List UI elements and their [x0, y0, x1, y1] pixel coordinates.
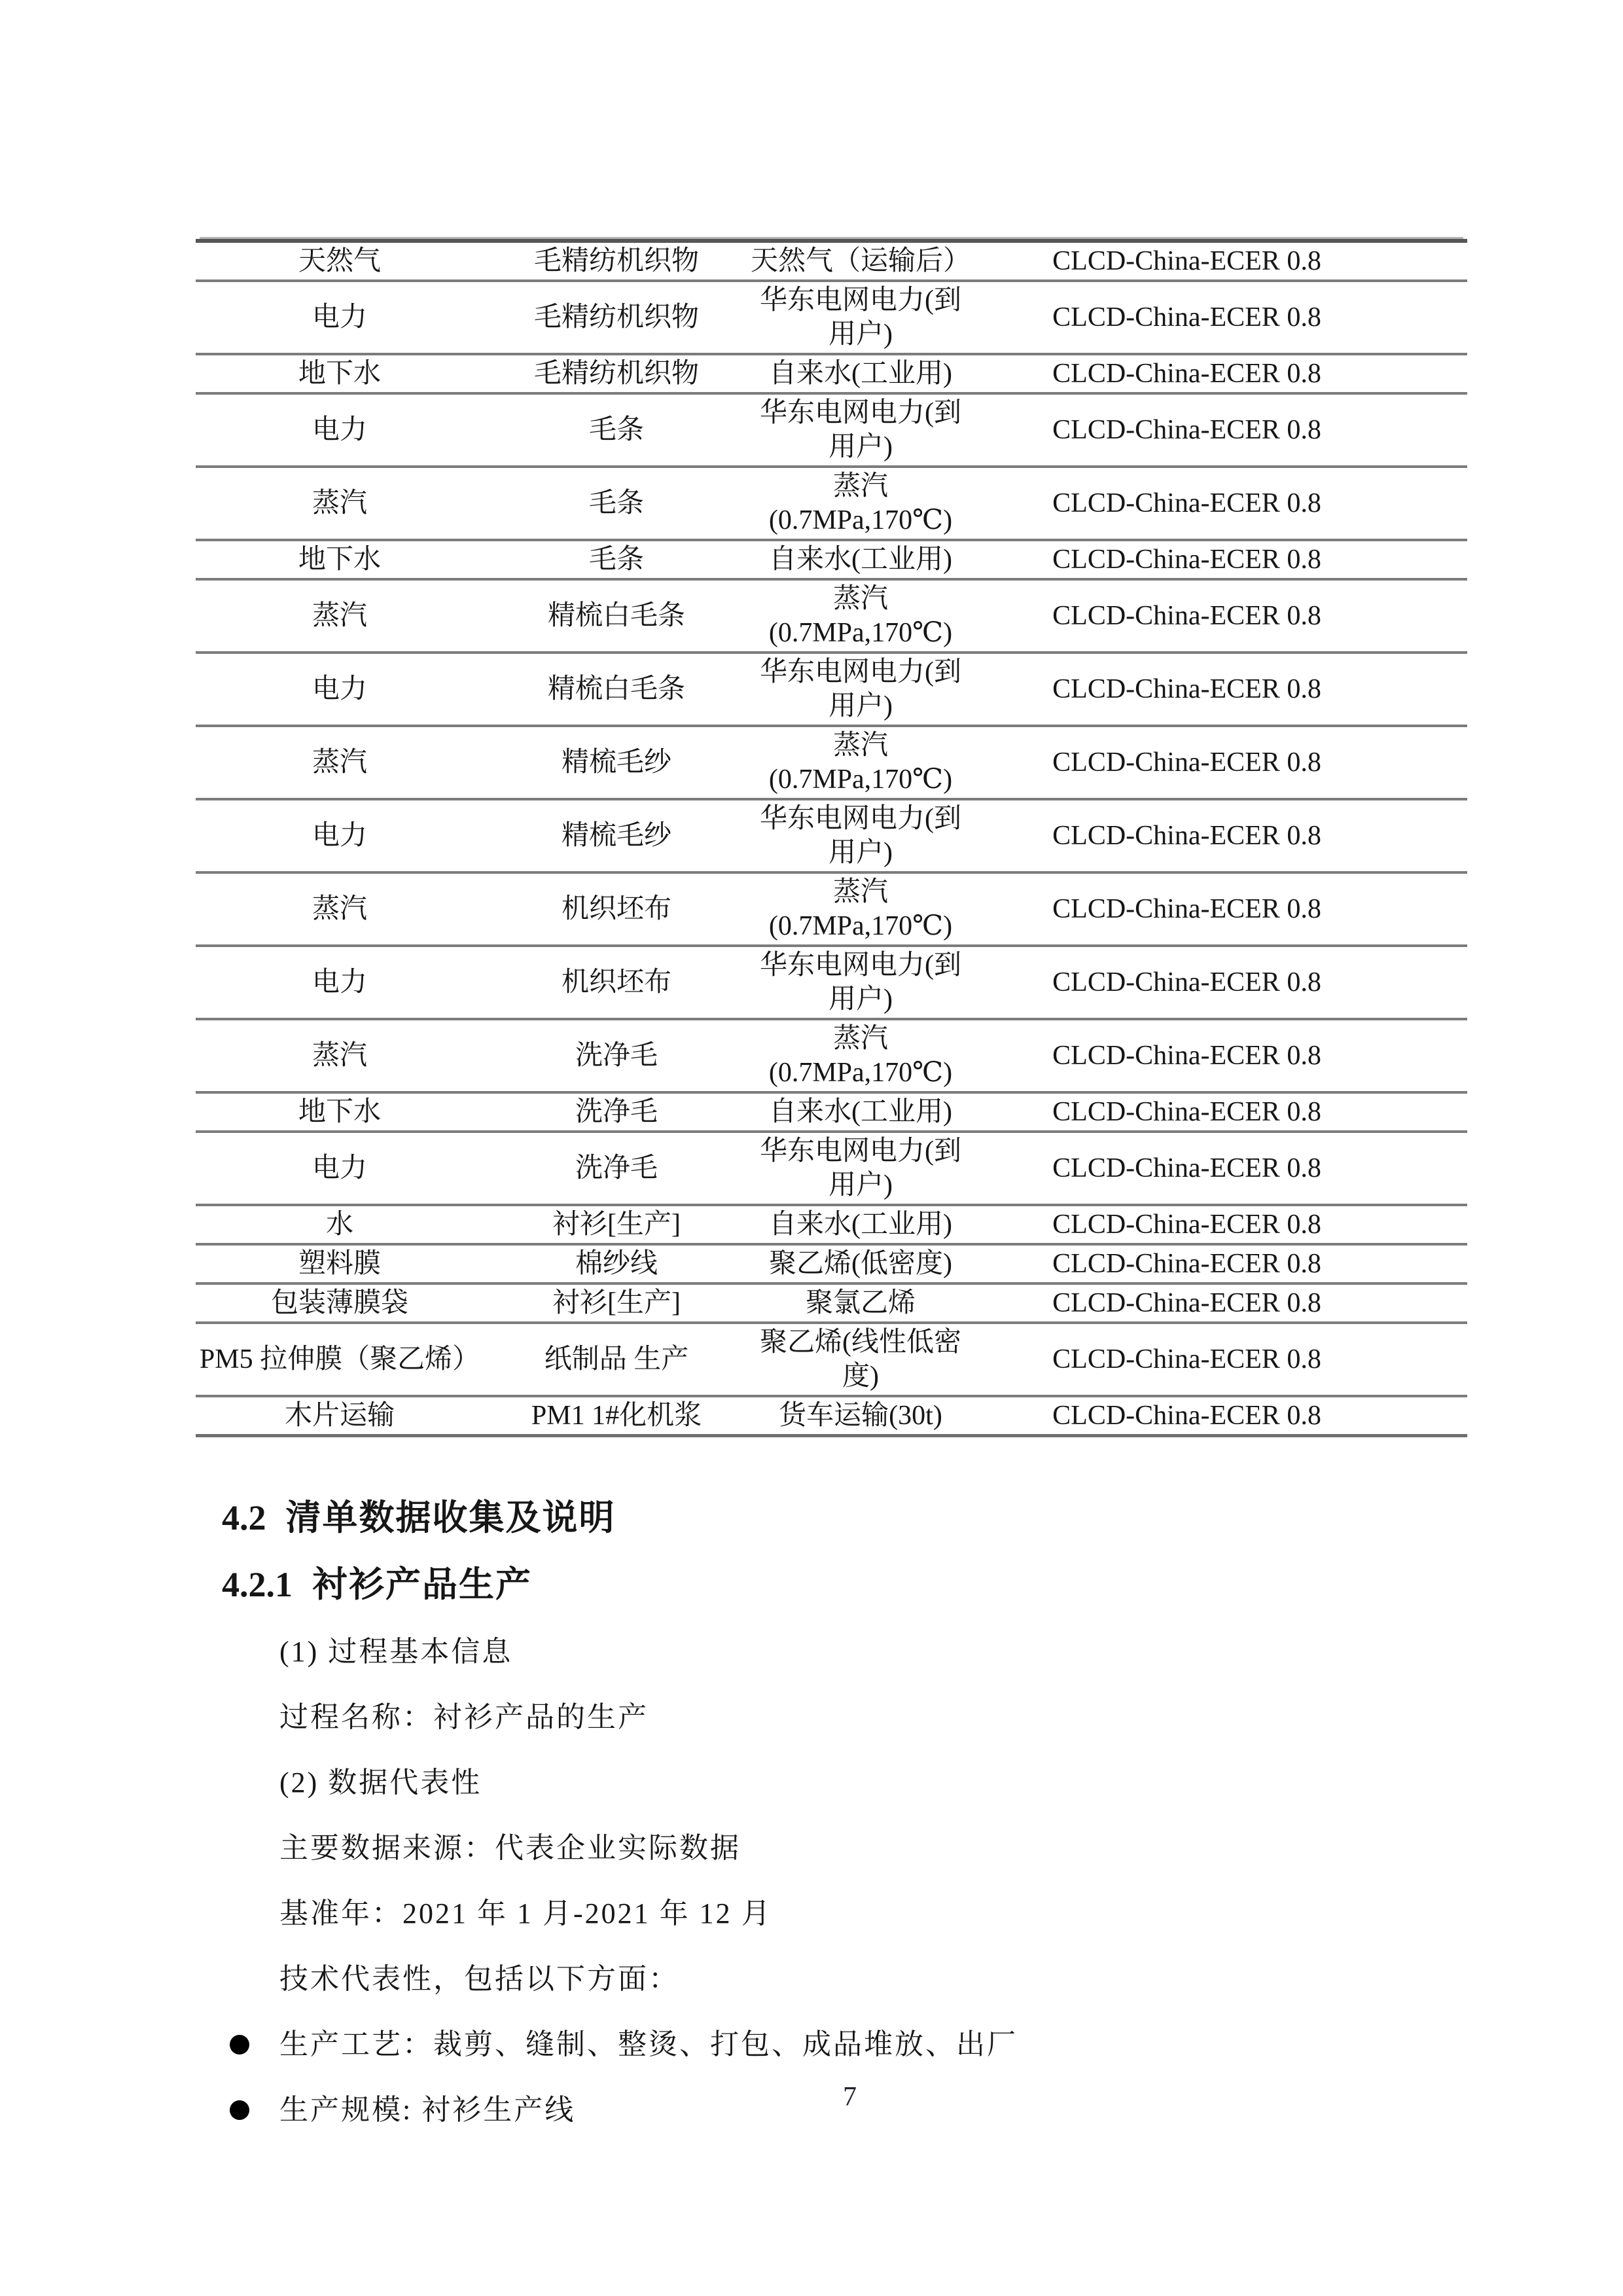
subsection-title: 衬衫产品生产	[312, 1565, 532, 1604]
table-cell: 电力	[196, 1132, 484, 1205]
table-row: 天然气毛精纺机织物天然气（运输后）CLCD-China-ECER 0.8	[196, 241, 1467, 281]
table-cell: 毛精纺机织物	[484, 241, 749, 281]
table-cell: CLCD-China-ECER 0.8	[972, 872, 1467, 946]
table-cell: CLCD-China-ECER 0.8	[972, 540, 1467, 579]
subsection-number: 4.2.1	[222, 1565, 293, 1604]
table-row: 水衬衫[生产]自来水(工业用)CLCD-China-ECER 0.8	[196, 1205, 1467, 1244]
table-cell: CLCD-China-ECER 0.8	[972, 1019, 1467, 1092]
table-cell: 塑料膜	[196, 1244, 484, 1283]
table-cell: 天然气	[196, 241, 484, 281]
table-row: 木片运输PM1 1#化机浆货车运输(30t)CLCD-China-ECER 0.…	[196, 1396, 1467, 1436]
table-cell: PM1 1#化机浆	[484, 1396, 749, 1436]
table-cell: 天然气（运输后）	[749, 241, 972, 281]
paragraph-base-year: 基准年：2021 年 1 月-2021 年 12 月	[279, 1895, 1467, 1932]
table-row: 蒸汽精梳白毛条蒸汽 (0.7MPa,170℃)CLCD-China-ECER 0…	[196, 579, 1467, 653]
table-cell: CLCD-China-ECER 0.8	[972, 1283, 1467, 1323]
table-cell: 地下水	[196, 1092, 484, 1132]
table-cell: 洗净毛	[484, 1092, 749, 1132]
table-cell: 木片运输	[196, 1396, 484, 1436]
table-row: 地下水毛精纺机织物自来水(工业用)CLCD-China-ECER 0.8	[196, 354, 1467, 393]
table-cell: 洗净毛	[484, 1019, 749, 1092]
table-cell: CLCD-China-ECER 0.8	[972, 1244, 1467, 1283]
table-cell: CLCD-China-ECER 0.8	[972, 354, 1467, 393]
table-cell: 洗净毛	[484, 1132, 749, 1205]
table-cell: 华东电网电力(到 用户)	[749, 393, 972, 467]
table-row: 地下水毛条自来水(工业用)CLCD-China-ECER 0.8	[196, 540, 1467, 579]
table-row: 蒸汽机织坯布蒸汽 (0.7MPa,170℃)CLCD-China-ECER 0.…	[196, 872, 1467, 946]
table-cell: 精梳毛纱	[484, 726, 749, 799]
table-cell: CLCD-China-ECER 0.8	[972, 1132, 1467, 1205]
table-cell: 蒸汽 (0.7MPa,170℃)	[749, 1019, 972, 1092]
table-cell: PM5 拉伸膜（聚乙烯）	[196, 1323, 484, 1396]
table-cell: 自来水(工业用)	[749, 1092, 972, 1132]
table-cell: 蒸汽	[196, 872, 484, 946]
table-cell: 蒸汽	[196, 467, 484, 540]
table-cell: 精梳白毛条	[484, 653, 749, 726]
table-cell: CLCD-China-ECER 0.8	[972, 1092, 1467, 1132]
table-cell: 自来水(工业用)	[749, 540, 972, 579]
table-cell: 机织坯布	[484, 946, 749, 1019]
table-row: 蒸汽毛条蒸汽 (0.7MPa,170℃)CLCD-China-ECER 0.8	[196, 467, 1467, 540]
table-cell: 水	[196, 1205, 484, 1244]
bullet-icon	[230, 2100, 249, 2120]
subsection-heading: 4.2.1衬衫产品生产	[222, 1562, 1467, 1607]
table-cell: 电力	[196, 946, 484, 1019]
table-row: 电力精梳白毛条华东电网电力(到 用户)CLCD-China-ECER 0.8	[196, 653, 1467, 726]
table-cell: 包装薄膜袋	[196, 1283, 484, 1323]
table-cell: CLCD-China-ECER 0.8	[972, 467, 1467, 540]
section-title: 清单数据收集及说明	[286, 1498, 616, 1537]
paragraph-process-name: 过程名称：衬衫产品的生产	[279, 1699, 1467, 1736]
table-cell: CLCD-China-ECER 0.8	[972, 799, 1467, 872]
table-cell: 华东电网电力(到 用户)	[749, 1132, 972, 1205]
table-cell: 毛精纺机织物	[484, 281, 749, 354]
table-cell: CLCD-China-ECER 0.8	[972, 653, 1467, 726]
table-cell: 聚乙烯(线性低密 度)	[749, 1323, 972, 1396]
table-cell: 蒸汽 (0.7MPa,170℃)	[749, 579, 972, 653]
table-cell: 电力	[196, 653, 484, 726]
table-cell: 蒸汽 (0.7MPa,170℃)	[749, 726, 972, 799]
table-cell: 衬衫[生产]	[484, 1205, 749, 1244]
table-cell: 毛条	[484, 393, 749, 467]
table-cell: CLCD-China-ECER 0.8	[972, 281, 1467, 354]
table-cell: 电力	[196, 393, 484, 467]
paragraph-data-representativeness-label: (2) 数据代表性	[279, 1765, 1467, 1801]
table-cell: 精梳毛纱	[484, 799, 749, 872]
table-cell: 毛条	[484, 540, 749, 579]
table-cell: 自来水(工业用)	[749, 354, 972, 393]
table-cell: 华东电网电力(到 用户)	[749, 281, 972, 354]
table-cell: 电力	[196, 799, 484, 872]
table-cell: CLCD-China-ECER 0.8	[972, 241, 1467, 281]
paragraph-data-source: 主要数据来源：代表企业实际数据	[279, 1830, 1467, 1867]
table-row: 电力精梳毛纱华东电网电力(到 用户)CLCD-China-ECER 0.8	[196, 799, 1467, 872]
table-cell: 蒸汽 (0.7MPa,170℃)	[749, 872, 972, 946]
table-cell: 电力	[196, 281, 484, 354]
table-cell: CLCD-China-ECER 0.8	[972, 579, 1467, 653]
table-cell: 地下水	[196, 354, 484, 393]
bullet-item-production-process: 生产工艺：裁剪、缝制、整烫、打包、成品堆放、出厂	[230, 2026, 1467, 2063]
table-row: 地下水洗净毛自来水(工业用)CLCD-China-ECER 0.8	[196, 1092, 1467, 1132]
table-row: 电力洗净毛华东电网电力(到 用户)CLCD-China-ECER 0.8	[196, 1132, 1467, 1205]
table-cell: 货车运输(30t)	[749, 1396, 972, 1436]
table-cell: 机织坯布	[484, 872, 749, 946]
table-row: 包装薄膜袋衬衫[生产]聚氯乙烯CLCD-China-ECER 0.8	[196, 1283, 1467, 1323]
table-cell: 毛精纺机织物	[484, 354, 749, 393]
table-cell: 衬衫[生产]	[484, 1283, 749, 1323]
paragraph-tech-representativeness: 技术代表性，包括以下方面：	[279, 1961, 1467, 1998]
table-cell: 精梳白毛条	[484, 579, 749, 653]
bullet-text: 生产工艺：裁剪、缝制、整烫、打包、成品堆放、出厂	[279, 2028, 1018, 2060]
table-cell: 蒸汽 (0.7MPa,170℃)	[749, 467, 972, 540]
table-cell: 聚氯乙烯	[749, 1283, 972, 1323]
table-row: 电力机织坯布华东电网电力(到 用户)CLCD-China-ECER 0.8	[196, 946, 1467, 1019]
table-cell: 蒸汽	[196, 579, 484, 653]
table-cell: CLCD-China-ECER 0.8	[972, 726, 1467, 799]
document-page: 天然气毛精纺机织物天然气（运输后）CLCD-China-ECER 0.8电力毛精…	[0, 0, 1623, 2296]
table-cell: 棉纱线	[484, 1244, 749, 1283]
table-cell: 华东电网电力(到 用户)	[749, 946, 972, 1019]
table-cell: 蒸汽	[196, 726, 484, 799]
table-cell: CLCD-China-ECER 0.8	[972, 1323, 1467, 1396]
table-row: 蒸汽洗净毛蒸汽 (0.7MPa,170℃)CLCD-China-ECER 0.8	[196, 1019, 1467, 1092]
table-row: 电力毛条华东电网电力(到 用户)CLCD-China-ECER 0.8	[196, 393, 1467, 467]
inventory-data-table: 天然气毛精纺机织物天然气（运输后）CLCD-China-ECER 0.8电力毛精…	[196, 239, 1467, 1437]
table-cell: CLCD-China-ECER 0.8	[972, 1396, 1467, 1436]
table-cell: 华东电网电力(到 用户)	[749, 799, 972, 872]
bullet-icon	[230, 2035, 249, 2054]
table-row: 蒸汽精梳毛纱蒸汽 (0.7MPa,170℃)CLCD-China-ECER 0.…	[196, 726, 1467, 799]
section-number: 4.2	[222, 1498, 266, 1537]
inventory-table-body: 天然气毛精纺机织物天然气（运输后）CLCD-China-ECER 0.8电力毛精…	[196, 241, 1467, 1436]
table-cell: 地下水	[196, 540, 484, 579]
table-cell: 毛条	[484, 467, 749, 540]
table-cell: CLCD-China-ECER 0.8	[972, 1205, 1467, 1244]
table-row: PM5 拉伸膜（聚乙烯）纸制品 生产聚乙烯(线性低密 度)CLCD-China-…	[196, 1323, 1467, 1396]
table-row: 塑料膜棉纱线聚乙烯(低密度)CLCD-China-ECER 0.8	[196, 1244, 1467, 1283]
table-cell: 聚乙烯(低密度)	[749, 1244, 972, 1283]
paragraph-process-info-label: (1) 过程基本信息	[279, 1634, 1467, 1670]
table-cell: 华东电网电力(到 用户)	[749, 653, 972, 726]
bullet-text: 生产规模: 衬衫生产线	[279, 2094, 575, 2126]
page-number: 7	[843, 2081, 857, 2113]
table-cell: CLCD-China-ECER 0.8	[972, 393, 1467, 467]
table-row: 电力毛精纺机织物华东电网电力(到 用户)CLCD-China-ECER 0.8	[196, 281, 1467, 354]
section-heading: 4.2清单数据收集及说明	[222, 1495, 1467, 1541]
table-cell: CLCD-China-ECER 0.8	[972, 946, 1467, 1019]
table-cell: 自来水(工业用)	[749, 1205, 972, 1244]
table-cell: 蒸汽	[196, 1019, 484, 1092]
table-cell: 纸制品 生产	[484, 1323, 749, 1396]
